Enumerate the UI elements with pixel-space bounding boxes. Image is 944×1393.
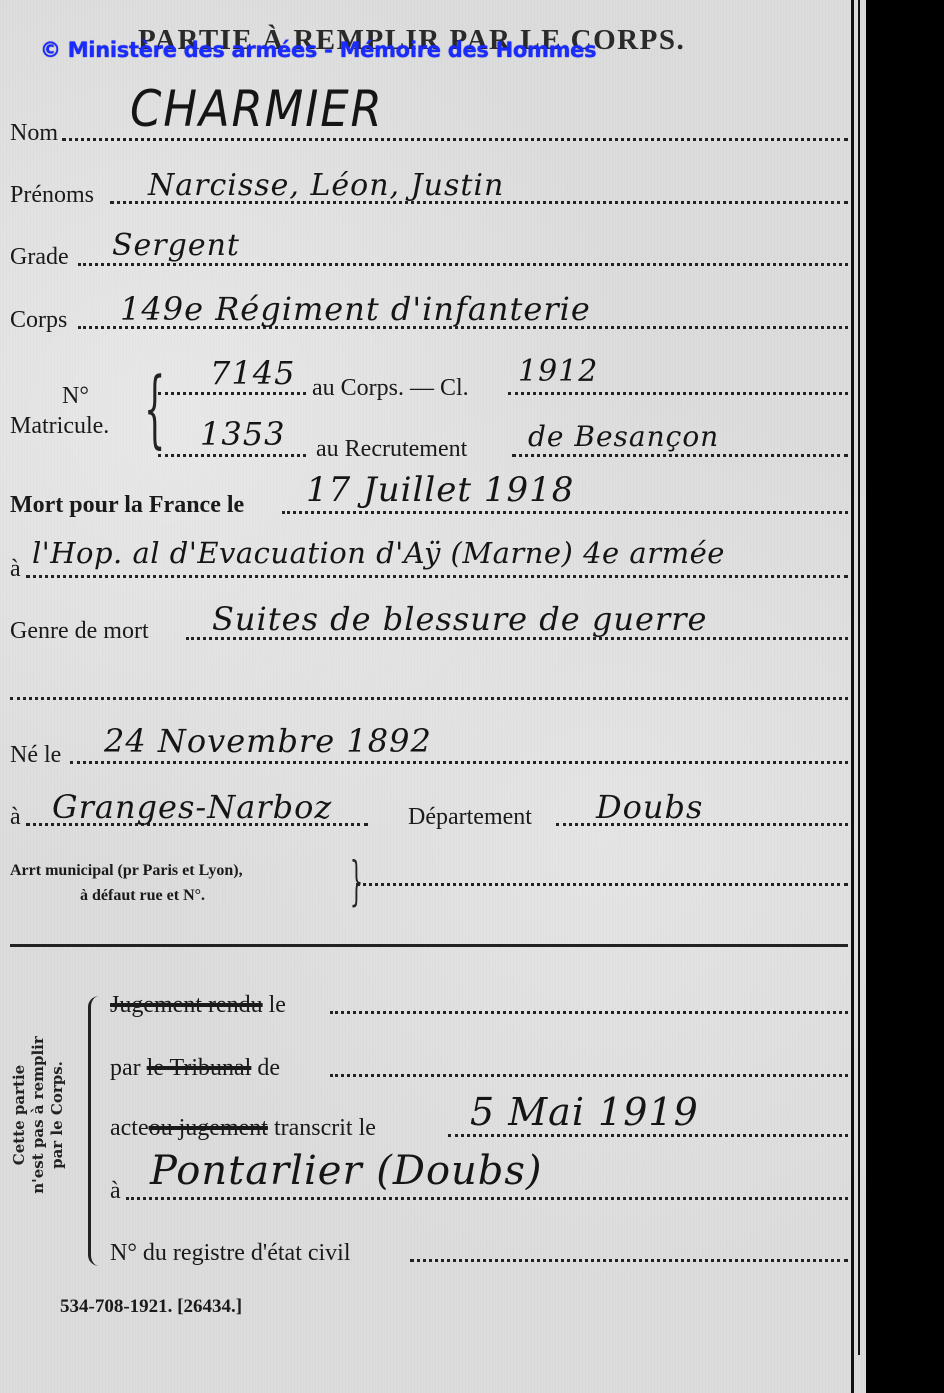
genre-mort-label: Genre de mort (10, 618, 149, 645)
jugement-suffix: le (269, 992, 286, 1018)
mort-le-value: 17 Juillet 1918 (306, 470, 574, 510)
side-note-line-2: n'est pas à remplir (29, 1035, 48, 1195)
prenoms-value: Narcisse, Léon, Justin (148, 168, 504, 203)
corps-value: 149e Régiment d'infanterie (120, 290, 591, 328)
au-recrutement-label: au Recrutement (316, 436, 467, 463)
acte-suffix: transcrit le (274, 1115, 376, 1141)
ne-le-value: 24 Novembre 1892 (104, 722, 432, 760)
side-note-line-3: par le Corps. (48, 1035, 67, 1195)
transcrit-le-value: 5 Mai 1919 (470, 1090, 699, 1134)
tribunal-struck-text: le Tribunal (147, 1055, 252, 1081)
section-divider (10, 944, 848, 947)
recrutement-place-line (512, 454, 848, 457)
mort-le-line (282, 511, 848, 514)
jugement-line (330, 1011, 848, 1014)
registre-label: N° du registre d'état civil (110, 1240, 351, 1267)
au-corps-classe-label: au Corps. — Cl. (312, 375, 469, 402)
mort-le-label: Mort pour la France le (10, 492, 244, 519)
matricule-label-no: N° (62, 383, 89, 410)
corps-label: Corps (10, 307, 67, 334)
prenoms-label: Prénoms (10, 182, 94, 209)
arrondissement-brace: } (350, 856, 363, 908)
recrutement-place-value: de Besançon (528, 420, 719, 453)
blank-line (10, 697, 848, 700)
transcrit-le-line (448, 1134, 848, 1137)
classe-line (508, 392, 848, 395)
tribunal-prefix: par (110, 1055, 141, 1081)
jugement-struck-text: Jugement rendu (110, 992, 263, 1018)
acte-label: acteou jugement transcrit le (110, 1115, 376, 1142)
mort-a-label: à (10, 556, 21, 583)
grade-line (78, 263, 848, 266)
lower-section-brace (88, 996, 99, 1266)
side-note: Cette partie n'est pas à remplir par le … (10, 1035, 67, 1195)
genre-mort-value: Suites de blessure de guerre (212, 600, 707, 638)
ne-le-label: Né le (10, 742, 61, 769)
grade-value: Sergent (112, 228, 240, 263)
nom-label: Nom (10, 120, 58, 147)
recrutement-number-line (158, 454, 306, 457)
acte-struck-text: ou jugement (149, 1115, 268, 1141)
tribunal-label: par le Tribunal de (110, 1055, 280, 1082)
arrondissement-sublabel: à défaut rue et N°. (80, 887, 205, 905)
corps-number-value: 7145 (210, 354, 295, 392)
transcrit-a-value: Pontarlier (Doubs) (150, 1148, 543, 1194)
recrutement-number-value: 1353 (200, 415, 285, 453)
transcrit-a-label: à (110, 1178, 121, 1205)
arrondissement-line (356, 883, 848, 886)
departement-value: Doubs (596, 788, 703, 826)
tribunal-suffix: de (257, 1055, 280, 1081)
transcrit-a-line (126, 1197, 848, 1200)
ne-a-value: Granges-Narboz (52, 788, 332, 826)
matricule-label: Matricule. (10, 413, 109, 440)
arrondissement-label: Arrt municipal (pr Paris et Lyon), (10, 862, 243, 880)
print-code: 534-708-1921. [26434.] (60, 1296, 242, 1318)
nom-value: CHARMIER (130, 80, 384, 138)
acte-prefix: acte (110, 1115, 149, 1141)
right-border-rule-inner (858, 0, 860, 1355)
ne-a-label: à (10, 804, 21, 831)
death-record-card: PARTIE À REMPLIR PAR LE CORPS. © Ministè… (0, 0, 866, 1393)
matricule-brace: { (144, 366, 165, 450)
copyright-watermark: © Ministère des armées - Mémoire des Hom… (40, 38, 596, 62)
registre-line (410, 1259, 848, 1262)
tribunal-line (330, 1074, 848, 1077)
side-note-line-1: Cette partie (10, 1035, 29, 1195)
right-border-rule (851, 0, 854, 1393)
nom-line (62, 138, 848, 141)
grade-label: Grade (10, 244, 69, 271)
mort-a-value: l'Hop. al d'Evacuation d'Aÿ (Marne) 4e a… (32, 536, 725, 570)
ne-le-line (70, 761, 848, 764)
corps-number-line (158, 392, 306, 395)
mort-a-line (26, 575, 848, 578)
departement-label: Département (408, 804, 532, 831)
classe-value: 1912 (518, 354, 598, 389)
jugement-label: Jugement rendu le (110, 992, 286, 1019)
